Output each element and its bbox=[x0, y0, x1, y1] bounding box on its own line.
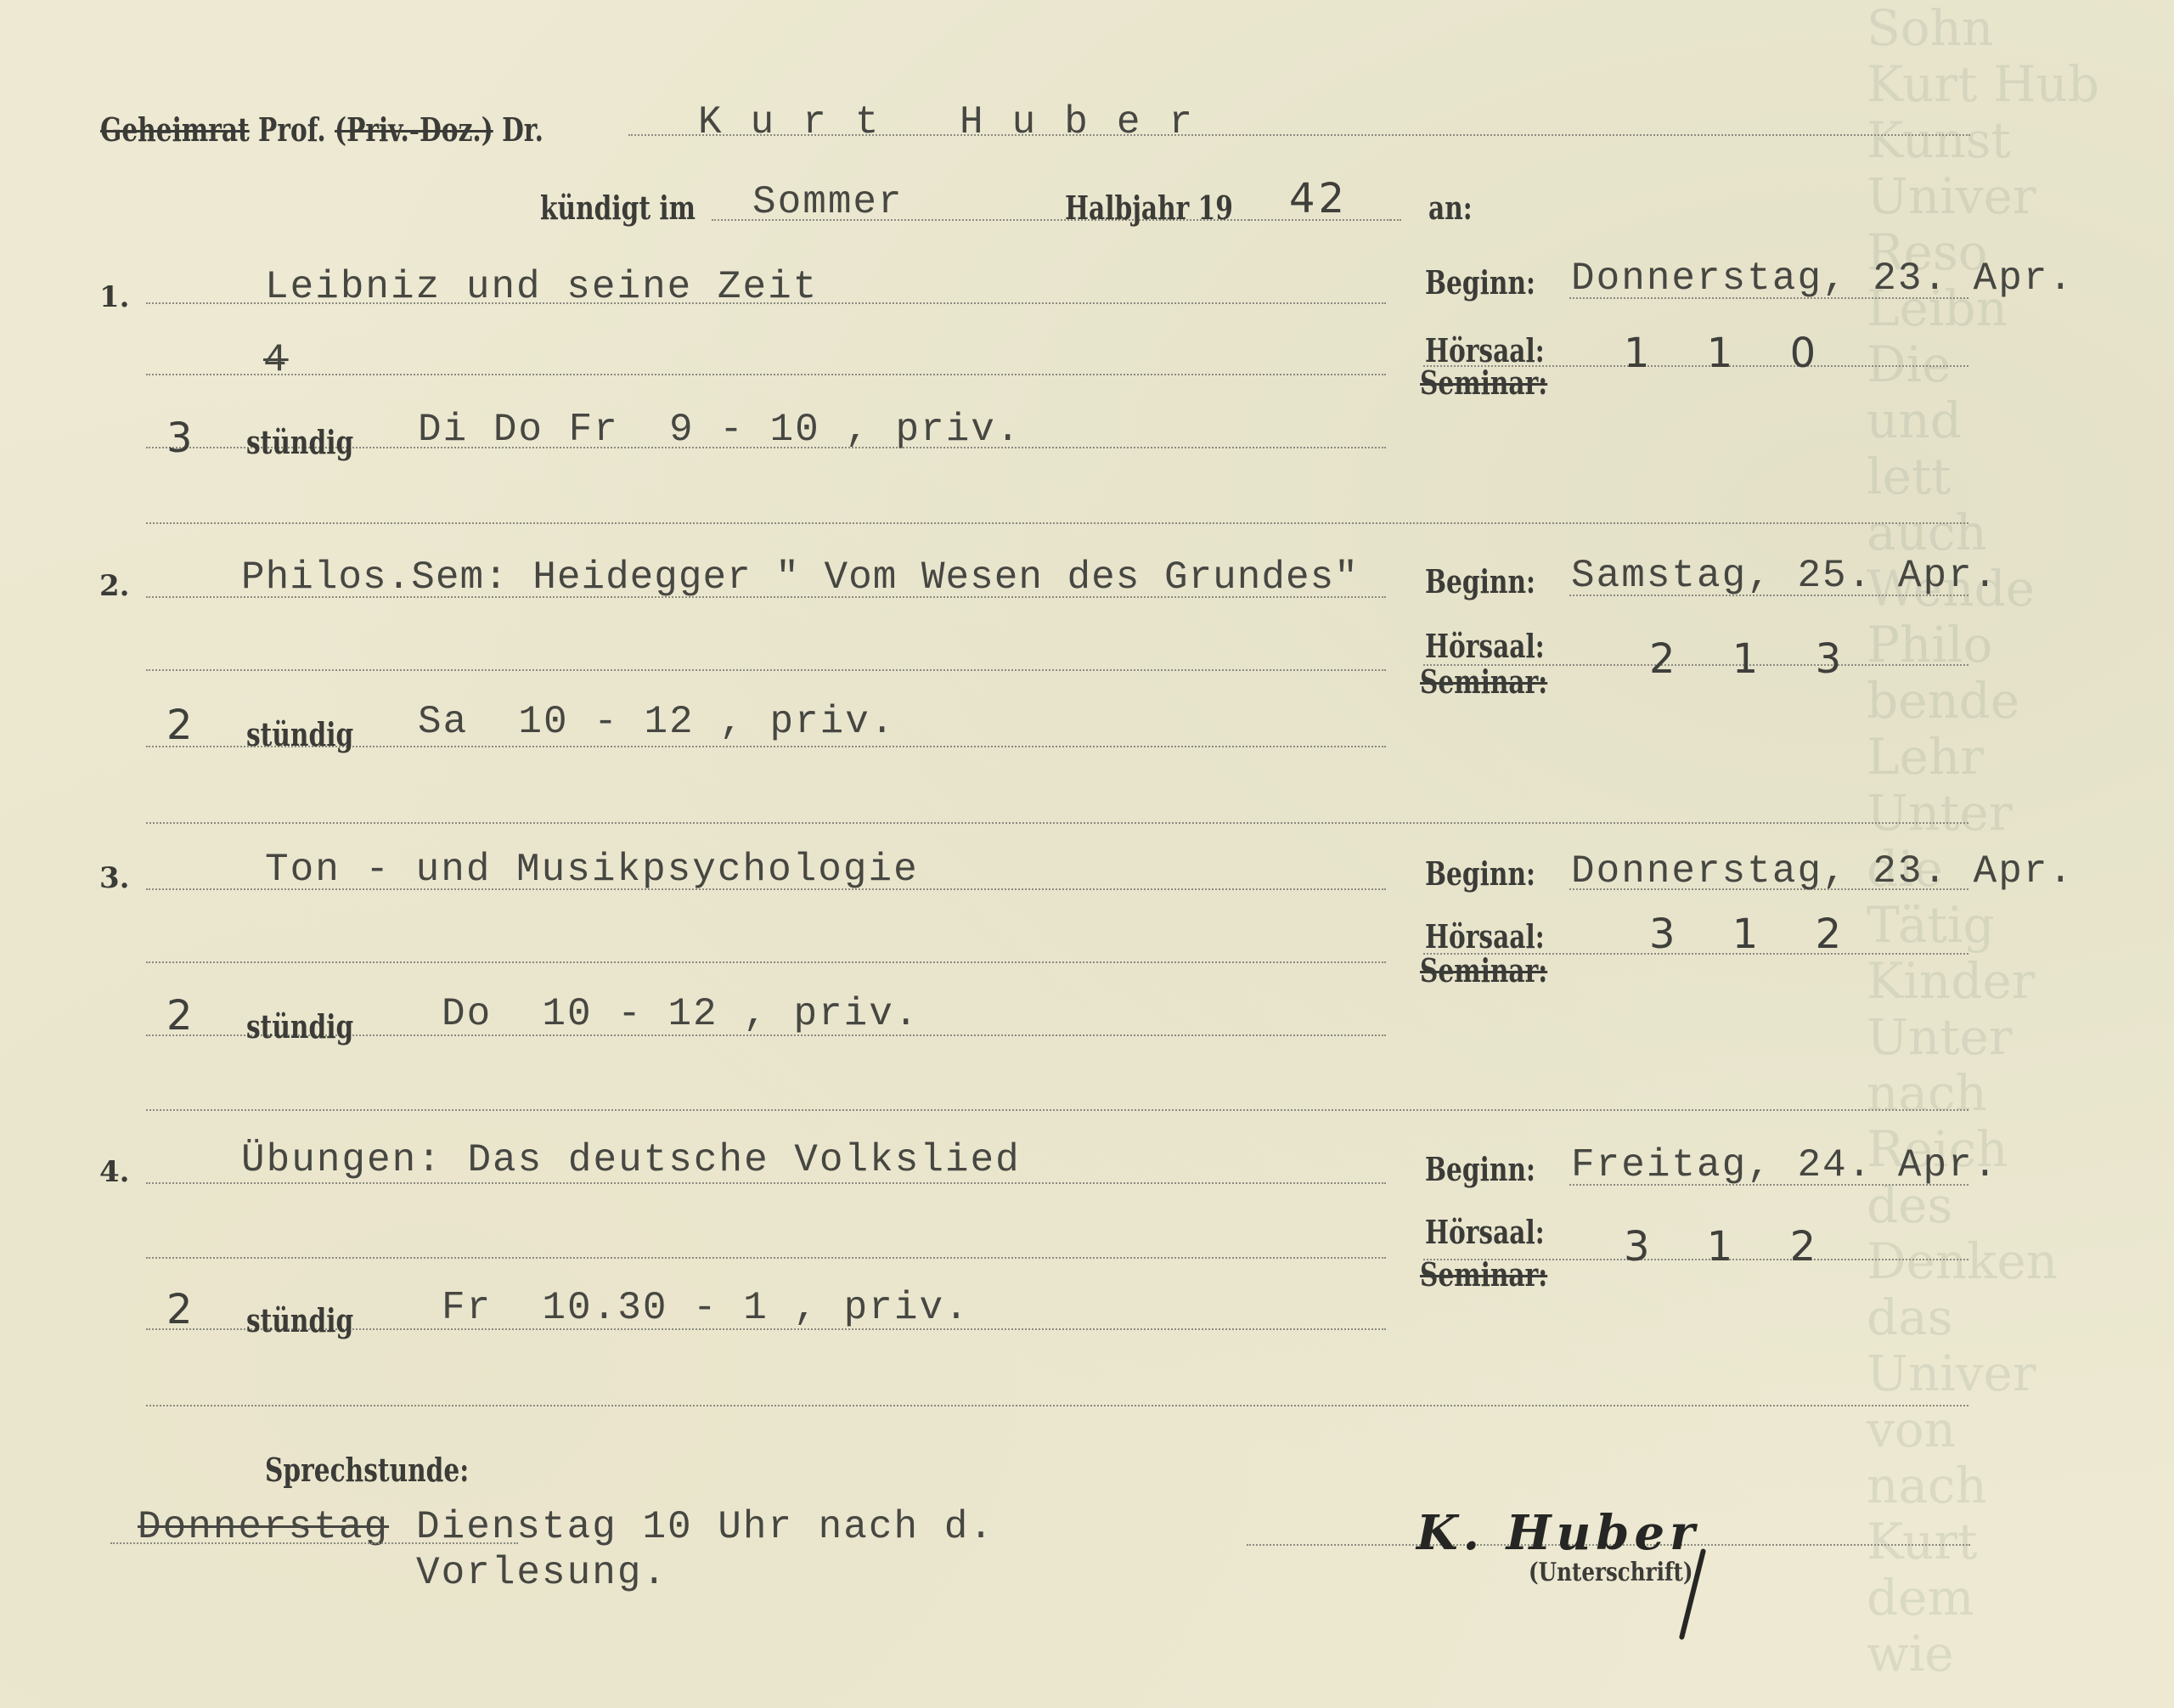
hoersaal-label: Hörsaal: bbox=[1425, 627, 1545, 665]
course-number: 4. bbox=[99, 1155, 130, 1189]
course-schedule[interactable]: Di Do Fr 9 - 10 , priv. bbox=[418, 408, 1022, 452]
seminar-label-struck: Seminar: bbox=[1420, 364, 1547, 402]
beginn-label: Beginn: bbox=[1425, 263, 1535, 302]
course-extra-line bbox=[146, 1257, 1386, 1259]
semester-value[interactable]: Sommer bbox=[752, 180, 904, 224]
stuendig-label: stündig bbox=[246, 1007, 353, 1046]
halfyear-label: Halbjahr 19 bbox=[1065, 189, 1233, 227]
year-value[interactable]: 42 bbox=[1289, 175, 1348, 223]
hours-correction-mark: 4 bbox=[263, 338, 289, 382]
seminar-label-struck: Seminar: bbox=[1420, 662, 1547, 701]
course-title[interactable]: Ton - und Musikpsychologie bbox=[265, 848, 919, 892]
office-hours-line-2[interactable]: Vorlesung. bbox=[416, 1551, 667, 1595]
title-struck-geheimrat: Geheimrat bbox=[100, 110, 250, 149]
course-schedule[interactable]: Fr 10.30 - 1 , priv. bbox=[442, 1286, 970, 1330]
course-beginn[interactable]: Samstag, 25. Apr. bbox=[1571, 554, 1998, 598]
title-struck-privdoz: (Priv.-Doz.) bbox=[335, 110, 493, 149]
separator-line bbox=[146, 822, 1968, 824]
course-hours[interactable]: 3 bbox=[166, 414, 215, 462]
course-extra-line bbox=[146, 669, 1386, 671]
course-hoersaal[interactable]: 1 1 0 bbox=[1624, 330, 1838, 377]
course-schedule[interactable]: Do 10 - 12 , priv. bbox=[442, 992, 920, 1036]
signature-handwritten[interactable]: K. Huber bbox=[1416, 1505, 1700, 1561]
course-title[interactable]: Leibniz und seine Zeit bbox=[265, 265, 818, 309]
title-prefix: Geheimrat Prof. (Priv.-Doz.) Dr. bbox=[100, 110, 543, 149]
seminar-label-struck: Seminar: bbox=[1420, 1255, 1547, 1294]
course-hoersaal[interactable]: 2 1 3 bbox=[1649, 635, 1863, 683]
seminar-label-struck: Seminar: bbox=[1420, 951, 1547, 989]
course-hours[interactable]: 2 bbox=[166, 702, 215, 749]
signature-caption: (Unterschrift) bbox=[1529, 1558, 1693, 1587]
course-schedule[interactable]: Sa 10 - 12 , priv. bbox=[418, 700, 896, 744]
course-beginn[interactable]: Freitag, 24. Apr. bbox=[1571, 1143, 1998, 1187]
office-hours-label: Sprechstunde: bbox=[265, 1451, 469, 1489]
title-dr: Dr. bbox=[502, 110, 543, 149]
title-prof: Prof. bbox=[258, 110, 326, 149]
course-hours[interactable]: 2 bbox=[166, 992, 215, 1040]
course-hoersaal[interactable]: 3 1 2 bbox=[1649, 910, 1863, 958]
course-extra-line bbox=[146, 374, 1386, 375]
course-title[interactable]: Philos.Sem: Heidegger " Vom Wesen des Gr… bbox=[241, 555, 1359, 600]
separator-line bbox=[146, 1109, 1968, 1111]
lecturer-name[interactable]: Kurt Huber bbox=[698, 100, 1221, 144]
course-extra-line bbox=[146, 961, 1386, 963]
office-hours-line-1[interactable]: Dienstag 10 Uhr nach d. bbox=[416, 1505, 994, 1549]
beginn-label: Beginn: bbox=[1425, 1150, 1535, 1188]
stuendig-label: stündig bbox=[246, 423, 353, 461]
course-number: 2. bbox=[99, 569, 130, 603]
separator-line bbox=[146, 1405, 1968, 1406]
beginn-label: Beginn: bbox=[1425, 854, 1535, 893]
hoersaal-label: Hörsaal: bbox=[1425, 1213, 1545, 1251]
hoersaal-label: Hörsaal: bbox=[1425, 917, 1545, 955]
an-label: an: bbox=[1428, 189, 1473, 227]
separator-line bbox=[146, 522, 1968, 524]
stuendig-label: stündig bbox=[246, 715, 353, 753]
announces-label: kündigt im bbox=[540, 189, 696, 227]
course-number: 3. bbox=[99, 861, 130, 895]
stuendig-label: stündig bbox=[246, 1301, 353, 1339]
course-hours[interactable]: 2 bbox=[166, 1286, 215, 1333]
course-title-line bbox=[146, 1182, 1386, 1184]
course-hoersaal[interactable]: 3 1 2 bbox=[1624, 1223, 1838, 1271]
course-beginn[interactable]: Donnerstag, 23. Apr. bbox=[1571, 849, 2074, 893]
course-beginn[interactable]: Donnerstag, 23. Apr. bbox=[1571, 256, 2074, 301]
course-number: 1. bbox=[99, 280, 130, 314]
course-title[interactable]: Übungen: Das deutsche Volkslied bbox=[241, 1138, 1021, 1182]
beginn-label: Beginn: bbox=[1425, 562, 1535, 600]
